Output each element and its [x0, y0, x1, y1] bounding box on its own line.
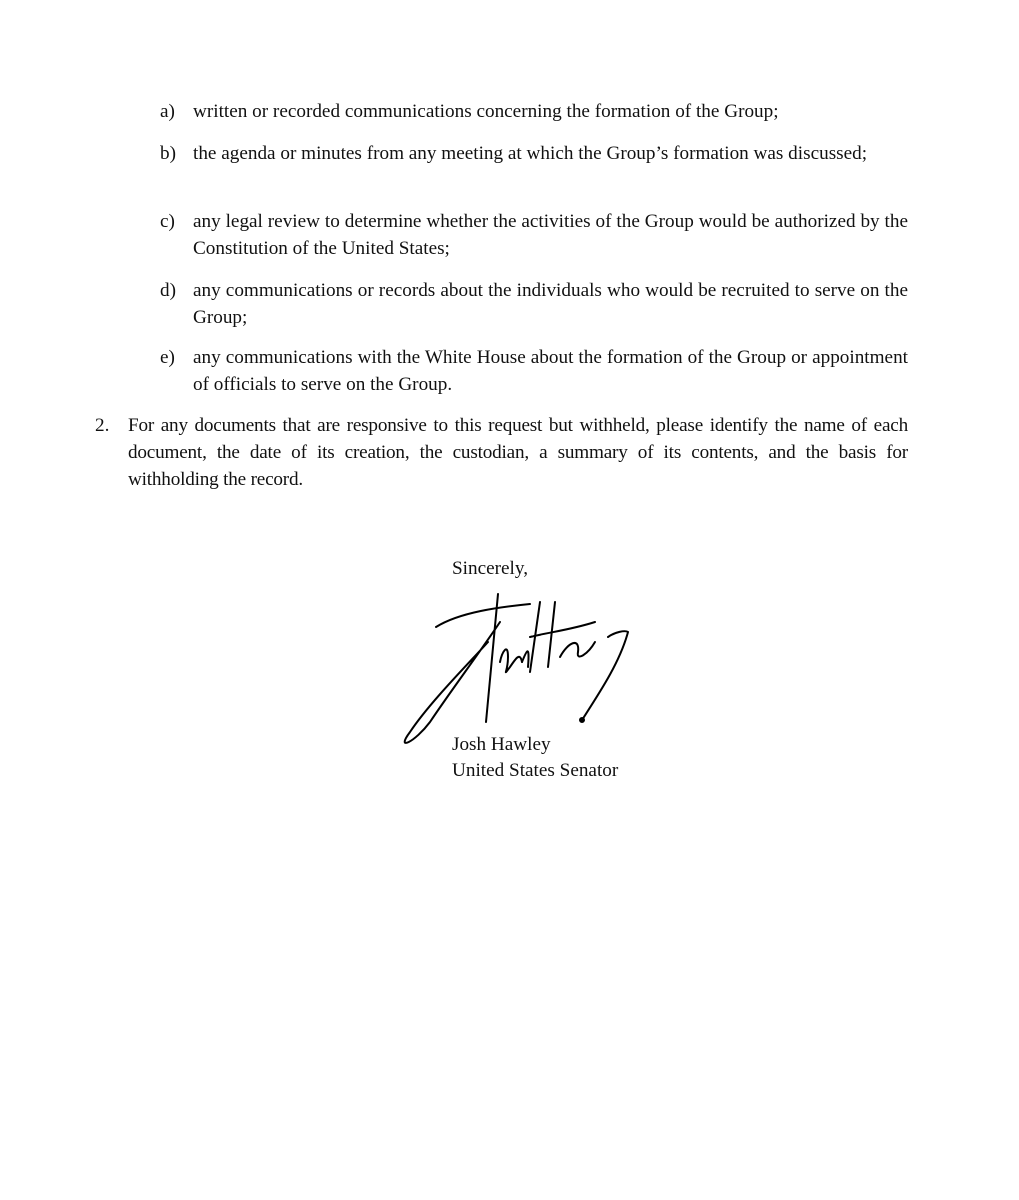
- sub-item-c: c) any legal review to determine whether…: [160, 208, 908, 262]
- sub-item-d: d) any communications or records about t…: [160, 277, 908, 331]
- list-item-text: written or recorded communications conce…: [193, 98, 908, 125]
- list-marker: b): [160, 140, 176, 167]
- list-marker: a): [160, 98, 175, 125]
- sub-item-e: e) any communications with the White Hou…: [160, 344, 908, 398]
- list-marker: c): [160, 208, 175, 235]
- list-item-text: any communications or records about the …: [193, 277, 908, 331]
- list-marker: d): [160, 277, 176, 304]
- list-item-text: any legal review to determine whether th…: [193, 208, 908, 262]
- sub-item-a: a) written or recorded communications co…: [160, 98, 908, 125]
- closing: Sincerely,: [452, 558, 528, 580]
- signatory-name: Josh Hawley: [452, 732, 551, 758]
- list-item-text: any communications with the White House …: [193, 344, 908, 398]
- signatory-title: United States Senator: [452, 758, 618, 784]
- numbered-item-2: 2. For any documents that are responsive…: [95, 412, 908, 493]
- sub-item-b: b) the agenda or minutes from any meetin…: [160, 140, 908, 167]
- list-marker: 2.: [95, 412, 109, 439]
- list-marker: e): [160, 344, 175, 371]
- list-item-text: the agenda or minutes from any meeting a…: [193, 140, 908, 167]
- signature-image: [390, 582, 650, 752]
- list-item-text: For any documents that are responsive to…: [128, 412, 908, 493]
